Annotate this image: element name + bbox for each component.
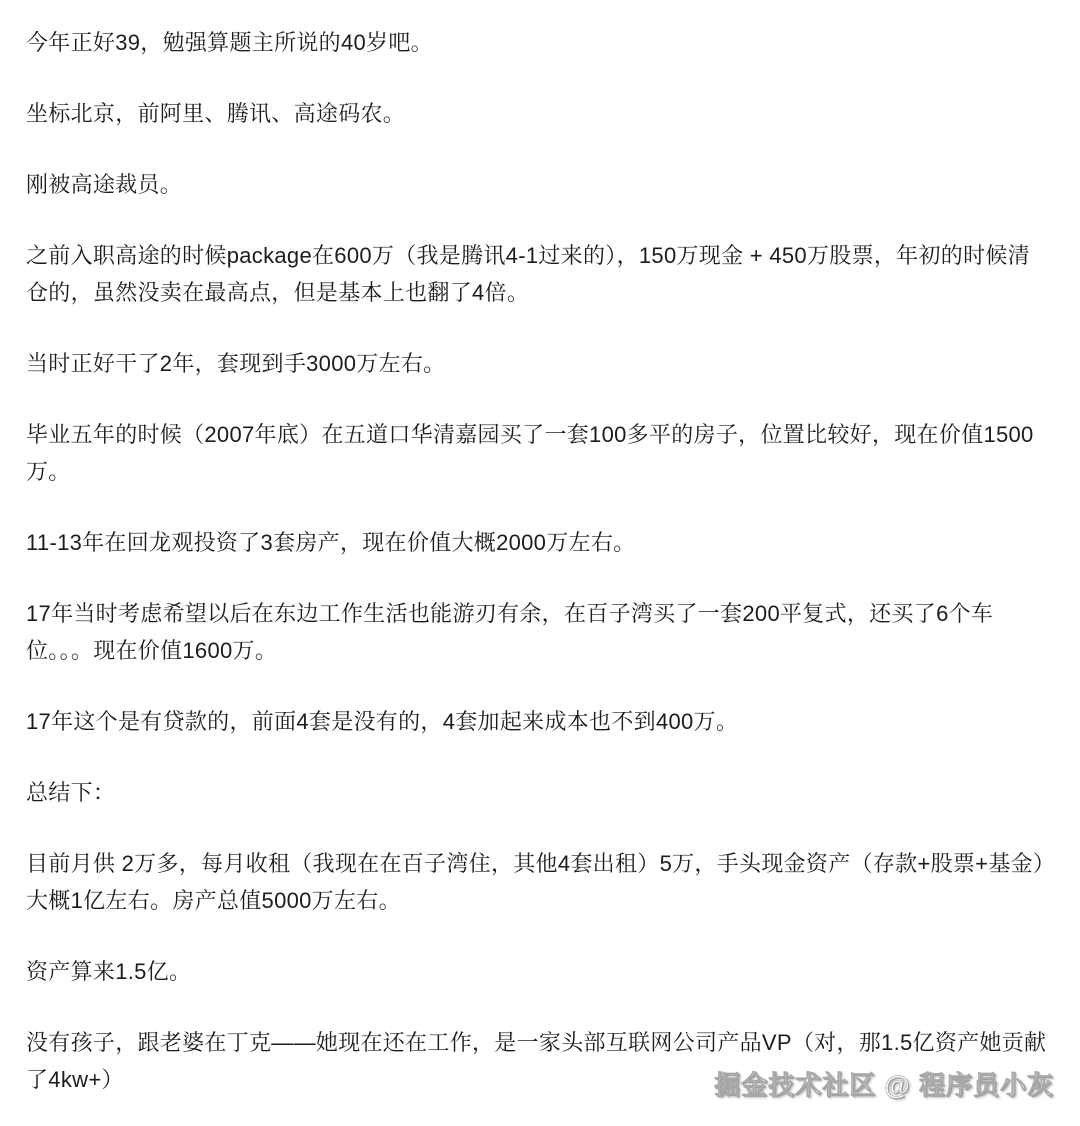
post-paragraph: 17年这个是有贷款的，前面4套是没有的，4套加起来成本也不到400万。 (26, 703, 1052, 740)
post-paragraph: 总结下： (26, 774, 1052, 811)
post-paragraph: 资产算来1.5亿。 (26, 953, 1052, 990)
post-paragraph: 毕业五年的时候（2007年底）在五道口华清嘉园买了一套100多平的房子，位置比较… (26, 416, 1052, 490)
post-paragraph: 当时正好干了2年，套现到手3000万左右。 (26, 345, 1052, 382)
post-paragraph: 17年当时考虑希望以后在东边工作生活也能游刃有余，在百子湾买了一套200平复式，… (26, 595, 1052, 669)
post-paragraph: 今年正好39，勉强算题主所说的40岁吧。 (26, 24, 1052, 61)
post-body: 今年正好39，勉强算题主所说的40岁吧。 坐标北京，前阿里、腾讯、高途码农。 刚… (0, 0, 1080, 1098)
post-paragraph: 目前月供 2万多，每月收租（我现在在百子湾住，其他4套出租）5万，手头现金资产（… (26, 845, 1052, 919)
post-paragraph: 11-13年在回龙观投资了3套房产，现在价值大概2000万左右。 (26, 524, 1052, 561)
post-paragraph: 之前入职高途的时候package在600万（我是腾讯4-1过来的），150万现金… (26, 237, 1052, 311)
post-paragraph: 坐标北京，前阿里、腾讯、高途码农。 (26, 95, 1052, 132)
post-paragraph: 没有孩子，跟老婆在丁克——她现在还在工作，是一家头部互联网公司产品VP（对，那1… (26, 1024, 1052, 1098)
post-paragraph: 刚被高途裁员。 (26, 166, 1052, 203)
